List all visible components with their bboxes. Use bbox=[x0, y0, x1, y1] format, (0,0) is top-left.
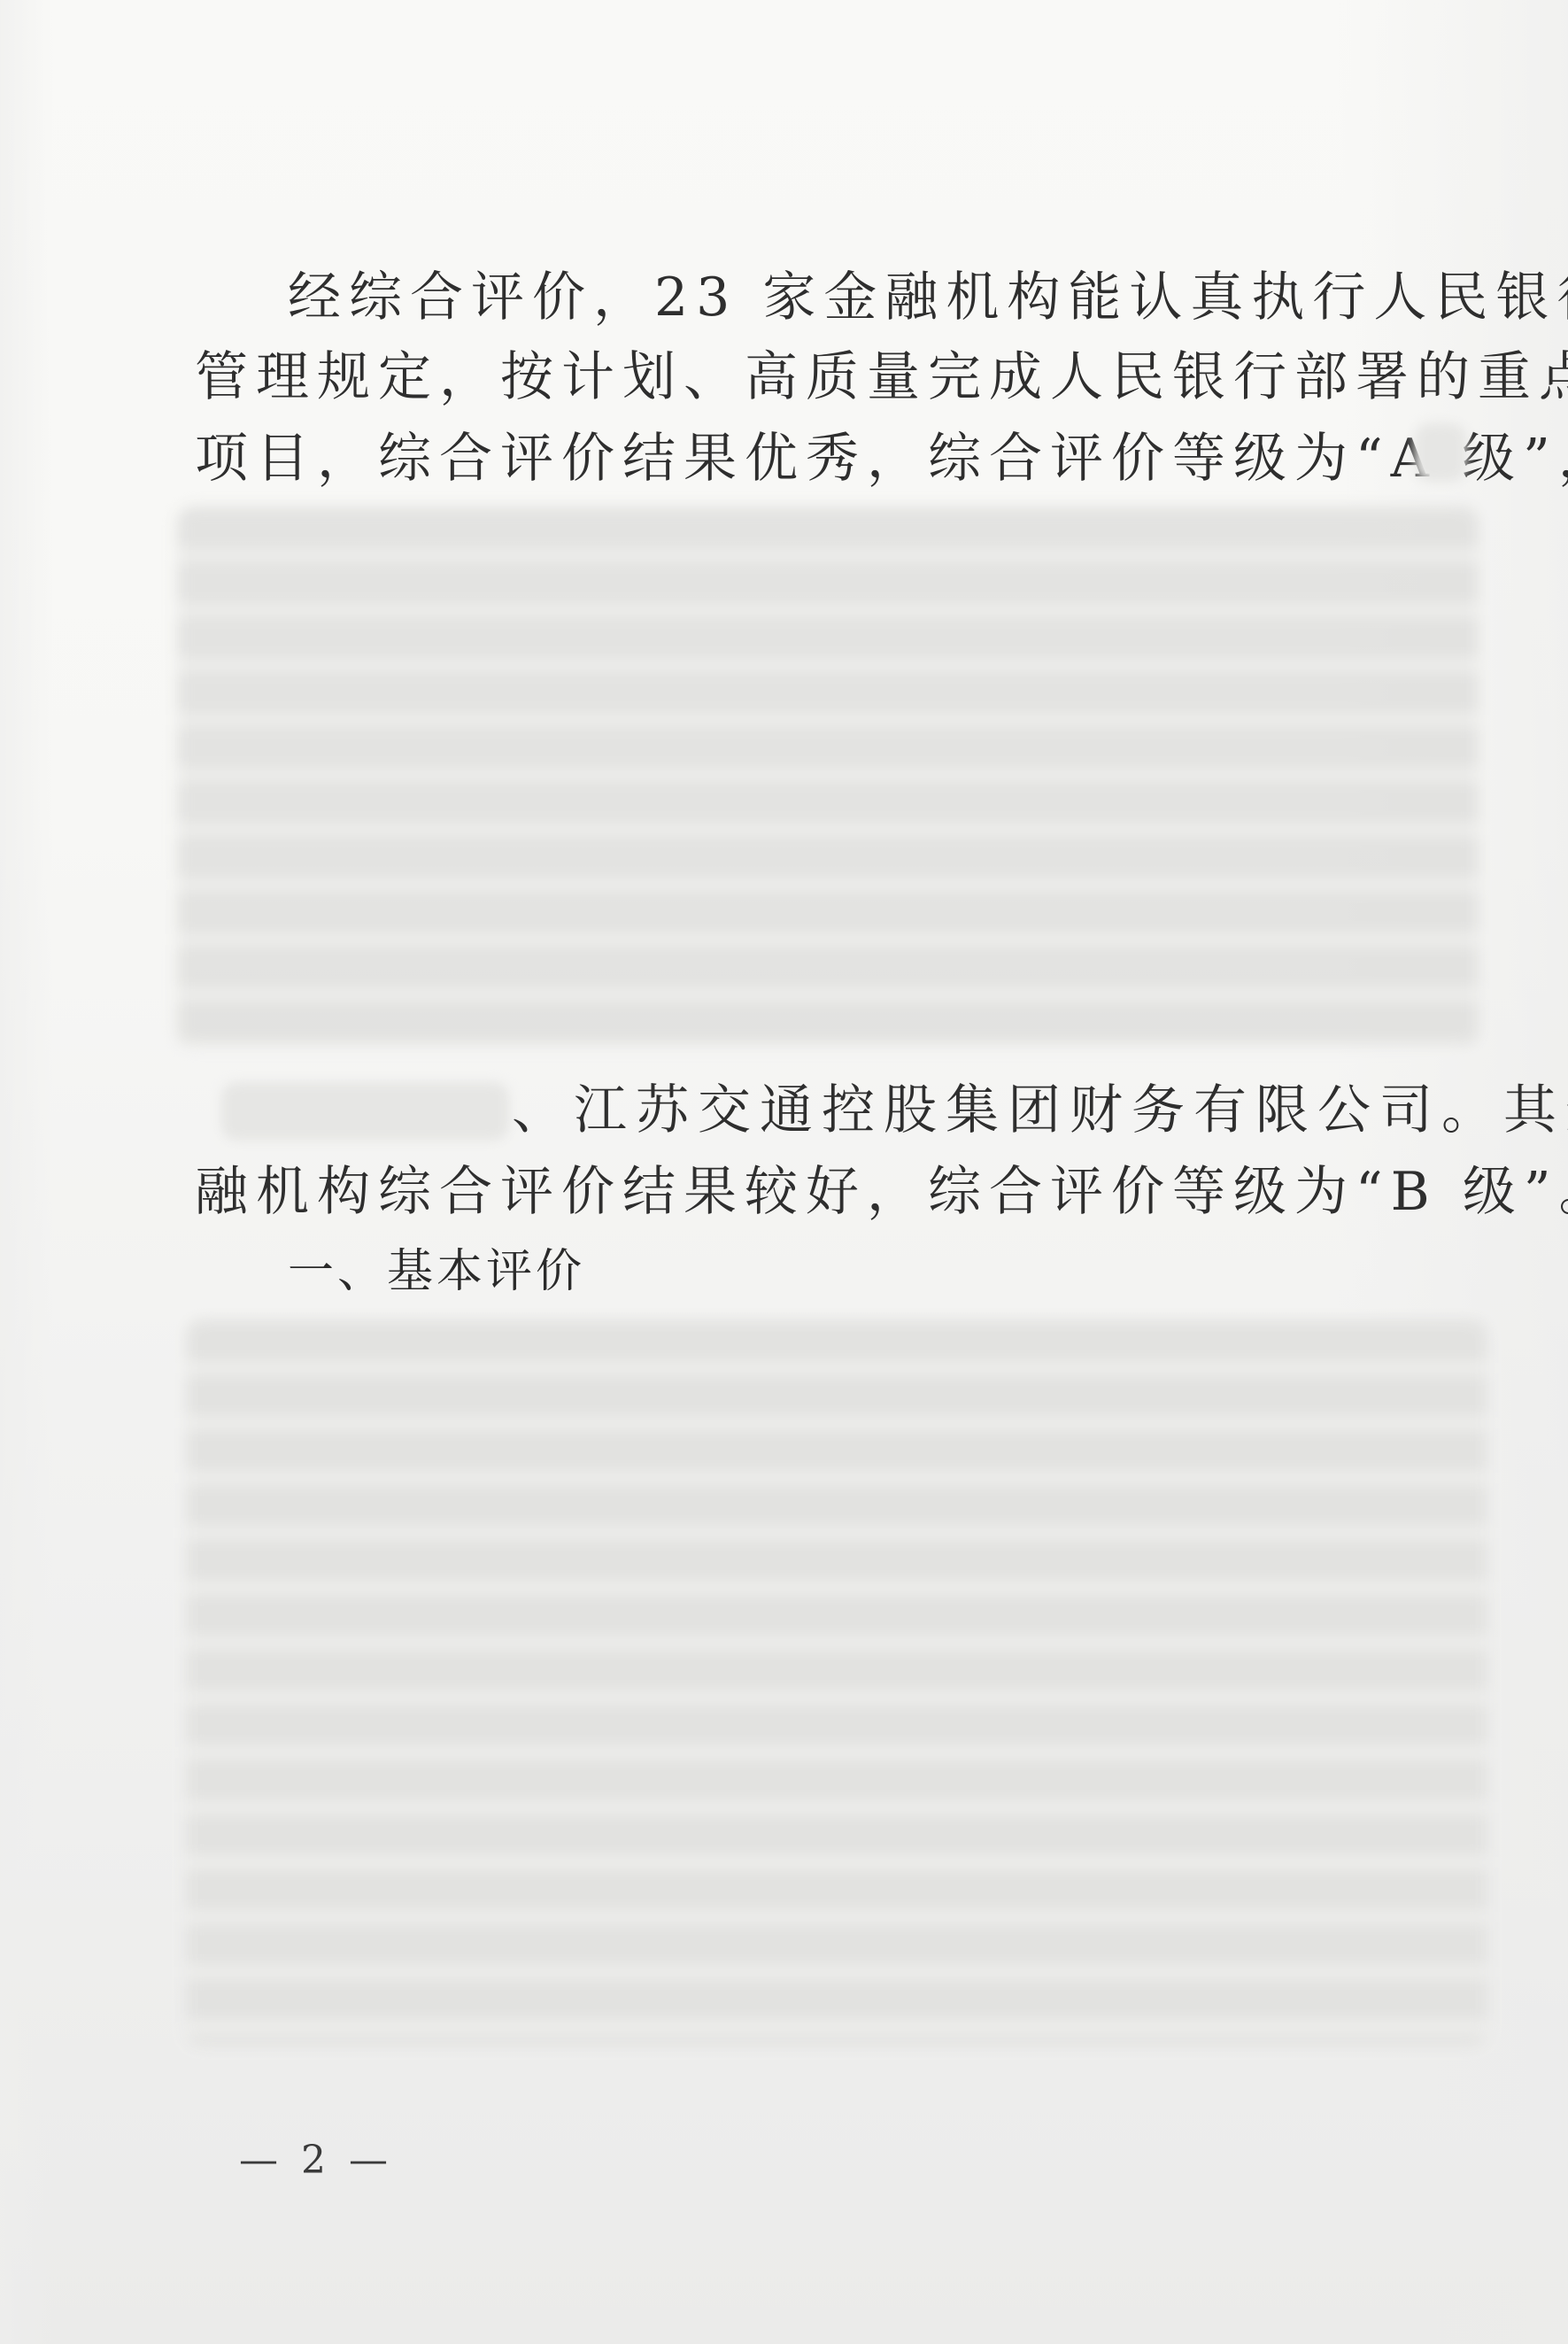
page-number: — 2 — bbox=[239, 2134, 393, 2187]
paragraph2-line-1: 、江苏交通控股集团财务有限公司。其余 28 家金 bbox=[512, 1079, 1470, 1142]
redacted-institution-name bbox=[221, 1082, 509, 1141]
paragraph2-line-2: 融机构综合评价结果较好，综合评价等级为“B 级”。 bbox=[195, 1160, 1470, 1224]
redacted-inline-end bbox=[1415, 423, 1466, 482]
paragraph1-line-1: 经综合评价，23 家金融机构能认真执行人民银行政策制度和 bbox=[288, 266, 1470, 329]
page-edge-shadow-left bbox=[0, 0, 53, 2344]
paragraph1-line-3: 项目，综合评价结果优秀，综合评价等级为“A 级”，分别是： bbox=[195, 427, 1417, 491]
paragraph1-line-2: 管理规定，按计划、高质量完成人民银行部署的重点工作和重大 bbox=[195, 345, 1470, 409]
redacted-institution-list bbox=[177, 507, 1479, 1047]
section-heading: 一、基本评价 bbox=[288, 1240, 585, 1304]
redacted-section-body bbox=[186, 1319, 1487, 2046]
